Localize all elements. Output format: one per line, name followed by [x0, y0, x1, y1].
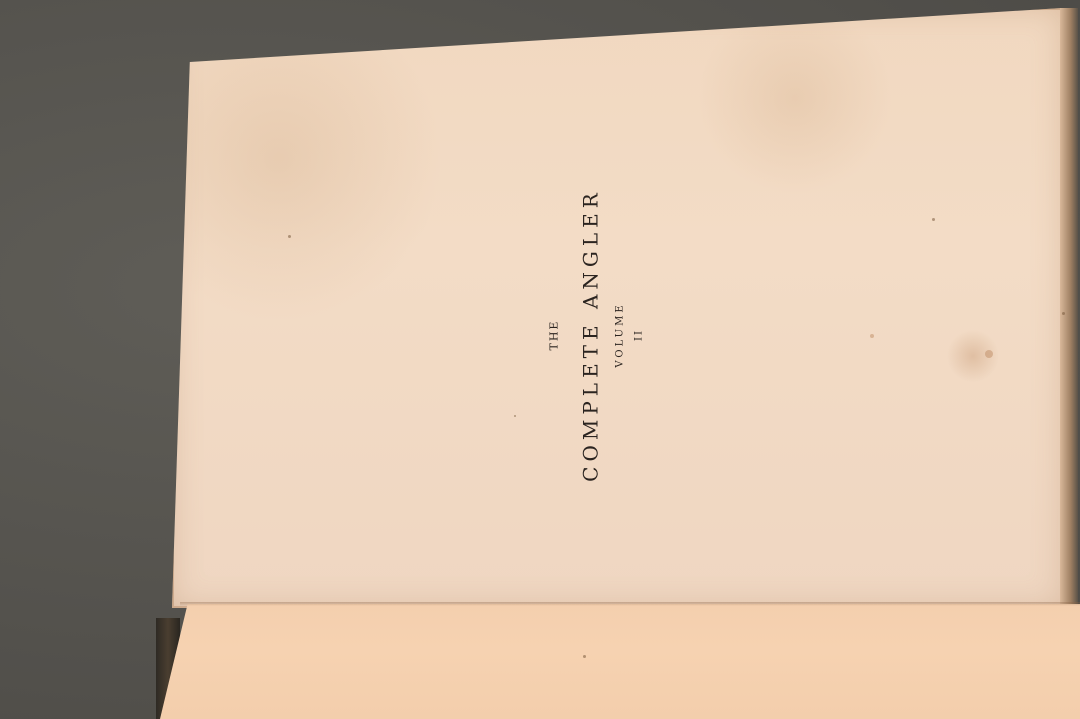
foxing-spot: [870, 334, 874, 338]
foxing-spot: [932, 218, 935, 221]
title-the: THE: [548, 188, 561, 482]
foxing-spot: [288, 235, 291, 238]
foxing-spot: [583, 655, 586, 658]
foxing-spot: [1062, 312, 1065, 315]
book-title: COMPLETE ANGLER: [579, 188, 603, 482]
page-crease: [180, 602, 1080, 606]
foxing-spot: [514, 415, 516, 417]
volume-label: VOLUME: [615, 188, 626, 482]
facing-page: [160, 604, 1080, 719]
volume-number: II: [634, 188, 645, 482]
foxing-spot: [985, 350, 993, 358]
page-fore-edge: [1060, 8, 1078, 608]
